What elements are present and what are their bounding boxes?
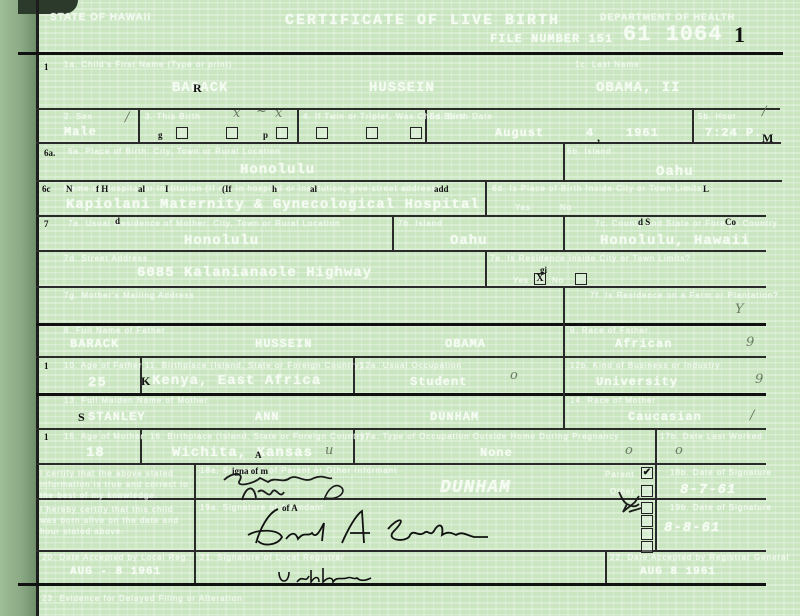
rule bbox=[36, 356, 766, 358]
parent-checkbox[interactable]: ✔ bbox=[641, 467, 653, 479]
field-6c-fragment: add bbox=[434, 184, 449, 194]
field-15-number: 1 bbox=[44, 432, 49, 442]
field-7e-no: No bbox=[552, 276, 564, 285]
divider bbox=[692, 108, 694, 142]
field-13-label: 13. Full Maiden Name of Mother bbox=[64, 396, 208, 405]
pen-mark: / bbox=[125, 110, 129, 125]
pen-mark: u bbox=[325, 443, 333, 458]
residence-county-state: Honolulu, Hawaii bbox=[600, 233, 750, 249]
field-21-label: 21. Signature of Local Registrar bbox=[200, 553, 345, 562]
father-birthplace: Kenya, East Africa bbox=[152, 373, 321, 389]
pen-mark: 9 bbox=[746, 335, 754, 350]
registrar-signature bbox=[275, 566, 375, 588]
child-first-name-fragment: R bbox=[193, 81, 202, 96]
first-checkbox[interactable] bbox=[316, 127, 328, 139]
field-17b-label: 17b. Date Last Worked bbox=[660, 432, 763, 441]
father-age: 25 bbox=[88, 375, 107, 391]
field-12b-label: 12b. Kind of Business or Industry bbox=[570, 361, 720, 370]
divider bbox=[655, 428, 657, 498]
rule bbox=[36, 108, 780, 110]
father-last-name: OBAMA bbox=[445, 337, 486, 351]
local-registrar-date: AUG - 8 1961 bbox=[70, 566, 161, 578]
document-title: CERTIFICATE OF LIVE BIRTH bbox=[285, 12, 560, 29]
field-6c-fragment: f H bbox=[96, 184, 108, 194]
birth-hour-meridiem: M bbox=[762, 131, 773, 146]
field-10-number: 1 bbox=[44, 361, 49, 371]
rule bbox=[36, 286, 766, 288]
second-checkbox[interactable] bbox=[366, 127, 378, 139]
field-3-label: 3. This Birth bbox=[145, 112, 201, 121]
attendant-certification: I hereby certify that this child was bor… bbox=[40, 504, 190, 537]
divider bbox=[297, 108, 299, 142]
pen-mark: / bbox=[750, 408, 754, 423]
mother-first-name: STANLEY bbox=[88, 410, 145, 424]
field-6d-no: No bbox=[560, 203, 572, 212]
field-7e-yes: Yes bbox=[513, 276, 529, 285]
birth-hour: 7:24 P. bbox=[705, 126, 762, 140]
attendant-signature bbox=[238, 503, 498, 553]
field-7b-label: 7b. Island bbox=[398, 219, 443, 228]
field-16-label: 16. Birthplace (Island, State or Foreign… bbox=[150, 432, 369, 441]
field-6c-label: Name of Hospital or Institution (If not … bbox=[64, 184, 440, 193]
field-6c-fragment: I bbox=[165, 184, 169, 194]
attendant-checkmark-scribble bbox=[617, 488, 645, 520]
field-17a-label: 17a. Type of Occupation Outside Home Dur… bbox=[360, 432, 619, 441]
field-22-label: 22. Date Accepted by Registrar General bbox=[610, 553, 789, 562]
file-number: FILE NUMBER 151 bbox=[490, 32, 613, 46]
certificate-number: 61 1064 bbox=[623, 22, 722, 47]
divider bbox=[138, 108, 140, 142]
field-6c-fragment: al bbox=[310, 184, 317, 194]
field-5b-label: 5b. Hour bbox=[698, 112, 737, 121]
divider bbox=[563, 142, 565, 180]
state-label: STATE OF HAWAII bbox=[50, 12, 151, 23]
mother-last-name: DUNHAM bbox=[430, 410, 479, 424]
birth-island: Oahu bbox=[656, 164, 694, 180]
birth-hospital: Kapiolani Maternity & Gynecological Hosp… bbox=[66, 197, 480, 213]
field-6d-fragment: L bbox=[703, 184, 709, 194]
birth-day: 4 bbox=[586, 126, 594, 140]
residence-in-city-no-checkbox[interactable] bbox=[575, 273, 587, 285]
field-19b-label: 19b. Date of Signature bbox=[670, 503, 772, 512]
child-last-name: OBAMA, II bbox=[596, 80, 681, 96]
residence-island: Oahu bbox=[450, 233, 488, 249]
father-occupation: Student bbox=[410, 375, 467, 389]
birth-year: 1961 bbox=[626, 126, 659, 140]
field-6c-fragment: (If bbox=[222, 184, 232, 194]
residence-city: Honolulu bbox=[184, 233, 259, 249]
field-7c-label: 7c. County and State or Foreign Country bbox=[595, 219, 778, 228]
field-13-fragment: S bbox=[78, 410, 85, 425]
field-7e-label: 7e. Is Residence Inside City or Town Lim… bbox=[490, 254, 691, 263]
divider bbox=[485, 250, 487, 286]
field-10-label: 10. Age of Father bbox=[64, 361, 142, 370]
field-12a-label: 12a. Usual Occupation bbox=[360, 361, 462, 370]
pen-mark: x bbox=[275, 106, 282, 121]
field-1-number: 1 bbox=[44, 62, 49, 72]
child-middle-name: HUSSEIN bbox=[369, 80, 435, 96]
father-race: African bbox=[615, 337, 672, 351]
father-business: University bbox=[596, 375, 678, 389]
birth-month: August bbox=[495, 126, 544, 140]
pen-mark: 9 bbox=[755, 372, 763, 387]
residence-in-city-yes-checkbox[interactable]: X bbox=[534, 273, 546, 285]
field-7-number: 7 bbox=[44, 219, 49, 229]
single-checkbox[interactable] bbox=[176, 127, 188, 139]
department-label: DEPARTMENT OF HEALTH bbox=[600, 12, 735, 22]
rule bbox=[18, 52, 783, 55]
field-7a-fragment: d bbox=[115, 216, 120, 226]
field-1-label: 1a. Child's First Name (Type or print) bbox=[64, 60, 232, 69]
rule bbox=[36, 180, 782, 182]
field-7c-fragment: d S bbox=[638, 217, 650, 227]
field-7g-label: 7g. Mother's Mailing Address bbox=[64, 291, 194, 300]
field-6c-fragment: N bbox=[66, 184, 73, 194]
attendant-date: 8-8-61 bbox=[664, 520, 720, 536]
other-attendant-checkbox[interactable] bbox=[641, 541, 653, 553]
field-15-label: 15. Age of Mother bbox=[64, 432, 144, 441]
registrar-general-date: AUG 8 1961 bbox=[640, 566, 716, 578]
rule bbox=[36, 215, 766, 217]
field-3-fragment-g: g bbox=[158, 130, 163, 140]
field-9-label: 9. Race of Father bbox=[570, 326, 649, 335]
informant-date: 8-7-61 bbox=[680, 482, 736, 498]
pen-mark: Y bbox=[735, 302, 744, 317]
rule bbox=[18, 583, 766, 586]
rule bbox=[36, 250, 766, 252]
father-first-name: BARACK bbox=[70, 337, 119, 351]
date-comma: , bbox=[597, 130, 600, 145]
pen-mark: o bbox=[510, 368, 518, 383]
mother-age: 18 bbox=[86, 445, 105, 461]
midwife-checkbox[interactable] bbox=[641, 528, 653, 540]
field-18b-label: 18b. Date of Signature bbox=[670, 468, 772, 477]
father-middle-name: HUSSEIN bbox=[255, 337, 312, 351]
relation-parent: Parent bbox=[605, 470, 635, 479]
field-2-label: 2. Sex bbox=[64, 112, 93, 121]
pen-mark: o bbox=[675, 443, 683, 458]
field-6d-yes: Yes bbox=[515, 203, 531, 212]
divider bbox=[563, 286, 565, 428]
informant-signature bbox=[220, 468, 360, 504]
pen-mark: x bbox=[233, 106, 240, 121]
rule bbox=[36, 142, 781, 144]
divider bbox=[655, 498, 657, 550]
twin-checkbox[interactable] bbox=[226, 127, 238, 139]
divider bbox=[194, 463, 196, 583]
pen-mark: o bbox=[625, 443, 633, 458]
field-6a-number: 6a. bbox=[44, 148, 55, 158]
field-20-label: 20. Date Accepted by Local Reg. bbox=[42, 553, 190, 562]
field-16-fragment: A bbox=[255, 450, 262, 460]
field-11-fragment: K bbox=[141, 374, 150, 389]
pen-mark: / bbox=[762, 104, 766, 119]
field-6d-label: 6d. Is Place of Birth Inside City or Tow… bbox=[492, 184, 708, 193]
mother-occupation: None bbox=[480, 446, 513, 460]
field-1c-label: 1c. Last Name bbox=[575, 60, 640, 69]
field-6c-fragment: h bbox=[272, 184, 277, 194]
field-6b-label: 6b. Island bbox=[567, 147, 612, 156]
pen-mark: ~ bbox=[256, 104, 267, 119]
residence-street: 6085 Kalanianaole Highway bbox=[137, 265, 372, 281]
divider bbox=[392, 215, 394, 250]
field-23-label: 23. Evidence for Delayed Filing or Alter… bbox=[42, 594, 243, 603]
informant-signature-ghost: DUNHAM bbox=[440, 478, 511, 498]
triplet-checkbox[interactable] bbox=[276, 127, 288, 139]
divider bbox=[485, 180, 487, 215]
mother-birthplace: Wichita, Kansas bbox=[172, 445, 313, 461]
birth-city: Honolulu bbox=[240, 162, 315, 178]
field-3-fragment-p: p bbox=[263, 130, 268, 140]
divider bbox=[563, 215, 565, 250]
field-6c-fragment: al bbox=[138, 184, 145, 194]
field-5a-label: 5a. Birth Date bbox=[430, 112, 493, 121]
mother-race: Caucasian bbox=[628, 410, 702, 424]
field-7c-fragment: Co bbox=[725, 217, 736, 227]
field-8-label: 8. Full Name of Father bbox=[64, 326, 166, 335]
left-border bbox=[36, 0, 39, 616]
field-14-label: 14. Race of Mother bbox=[570, 396, 656, 405]
page-binding bbox=[0, 0, 36, 616]
mother-middle-name: ANN bbox=[255, 410, 280, 424]
divider bbox=[605, 550, 607, 583]
field-6c-number: 6c bbox=[42, 184, 51, 194]
field-7d-label: 7d. Street Address bbox=[64, 254, 148, 263]
informant-certification: I certify that the above stated informat… bbox=[40, 468, 190, 501]
field-11-label: 11. Birthplace (Island, State or Foreign… bbox=[145, 361, 363, 370]
field-7a-label: 7a. Usual Residence of Mother: City, Tow… bbox=[68, 219, 341, 228]
certificate-suffix: 1 bbox=[734, 22, 745, 48]
field-7f-label: 7f. Is Residence on a Farm or Plantation… bbox=[590, 291, 779, 300]
field-6a-label: 6a. Place of Birth: City, Town or Rural … bbox=[68, 147, 281, 156]
child-sex: Male bbox=[64, 125, 97, 139]
third-checkbox[interactable] bbox=[410, 127, 422, 139]
